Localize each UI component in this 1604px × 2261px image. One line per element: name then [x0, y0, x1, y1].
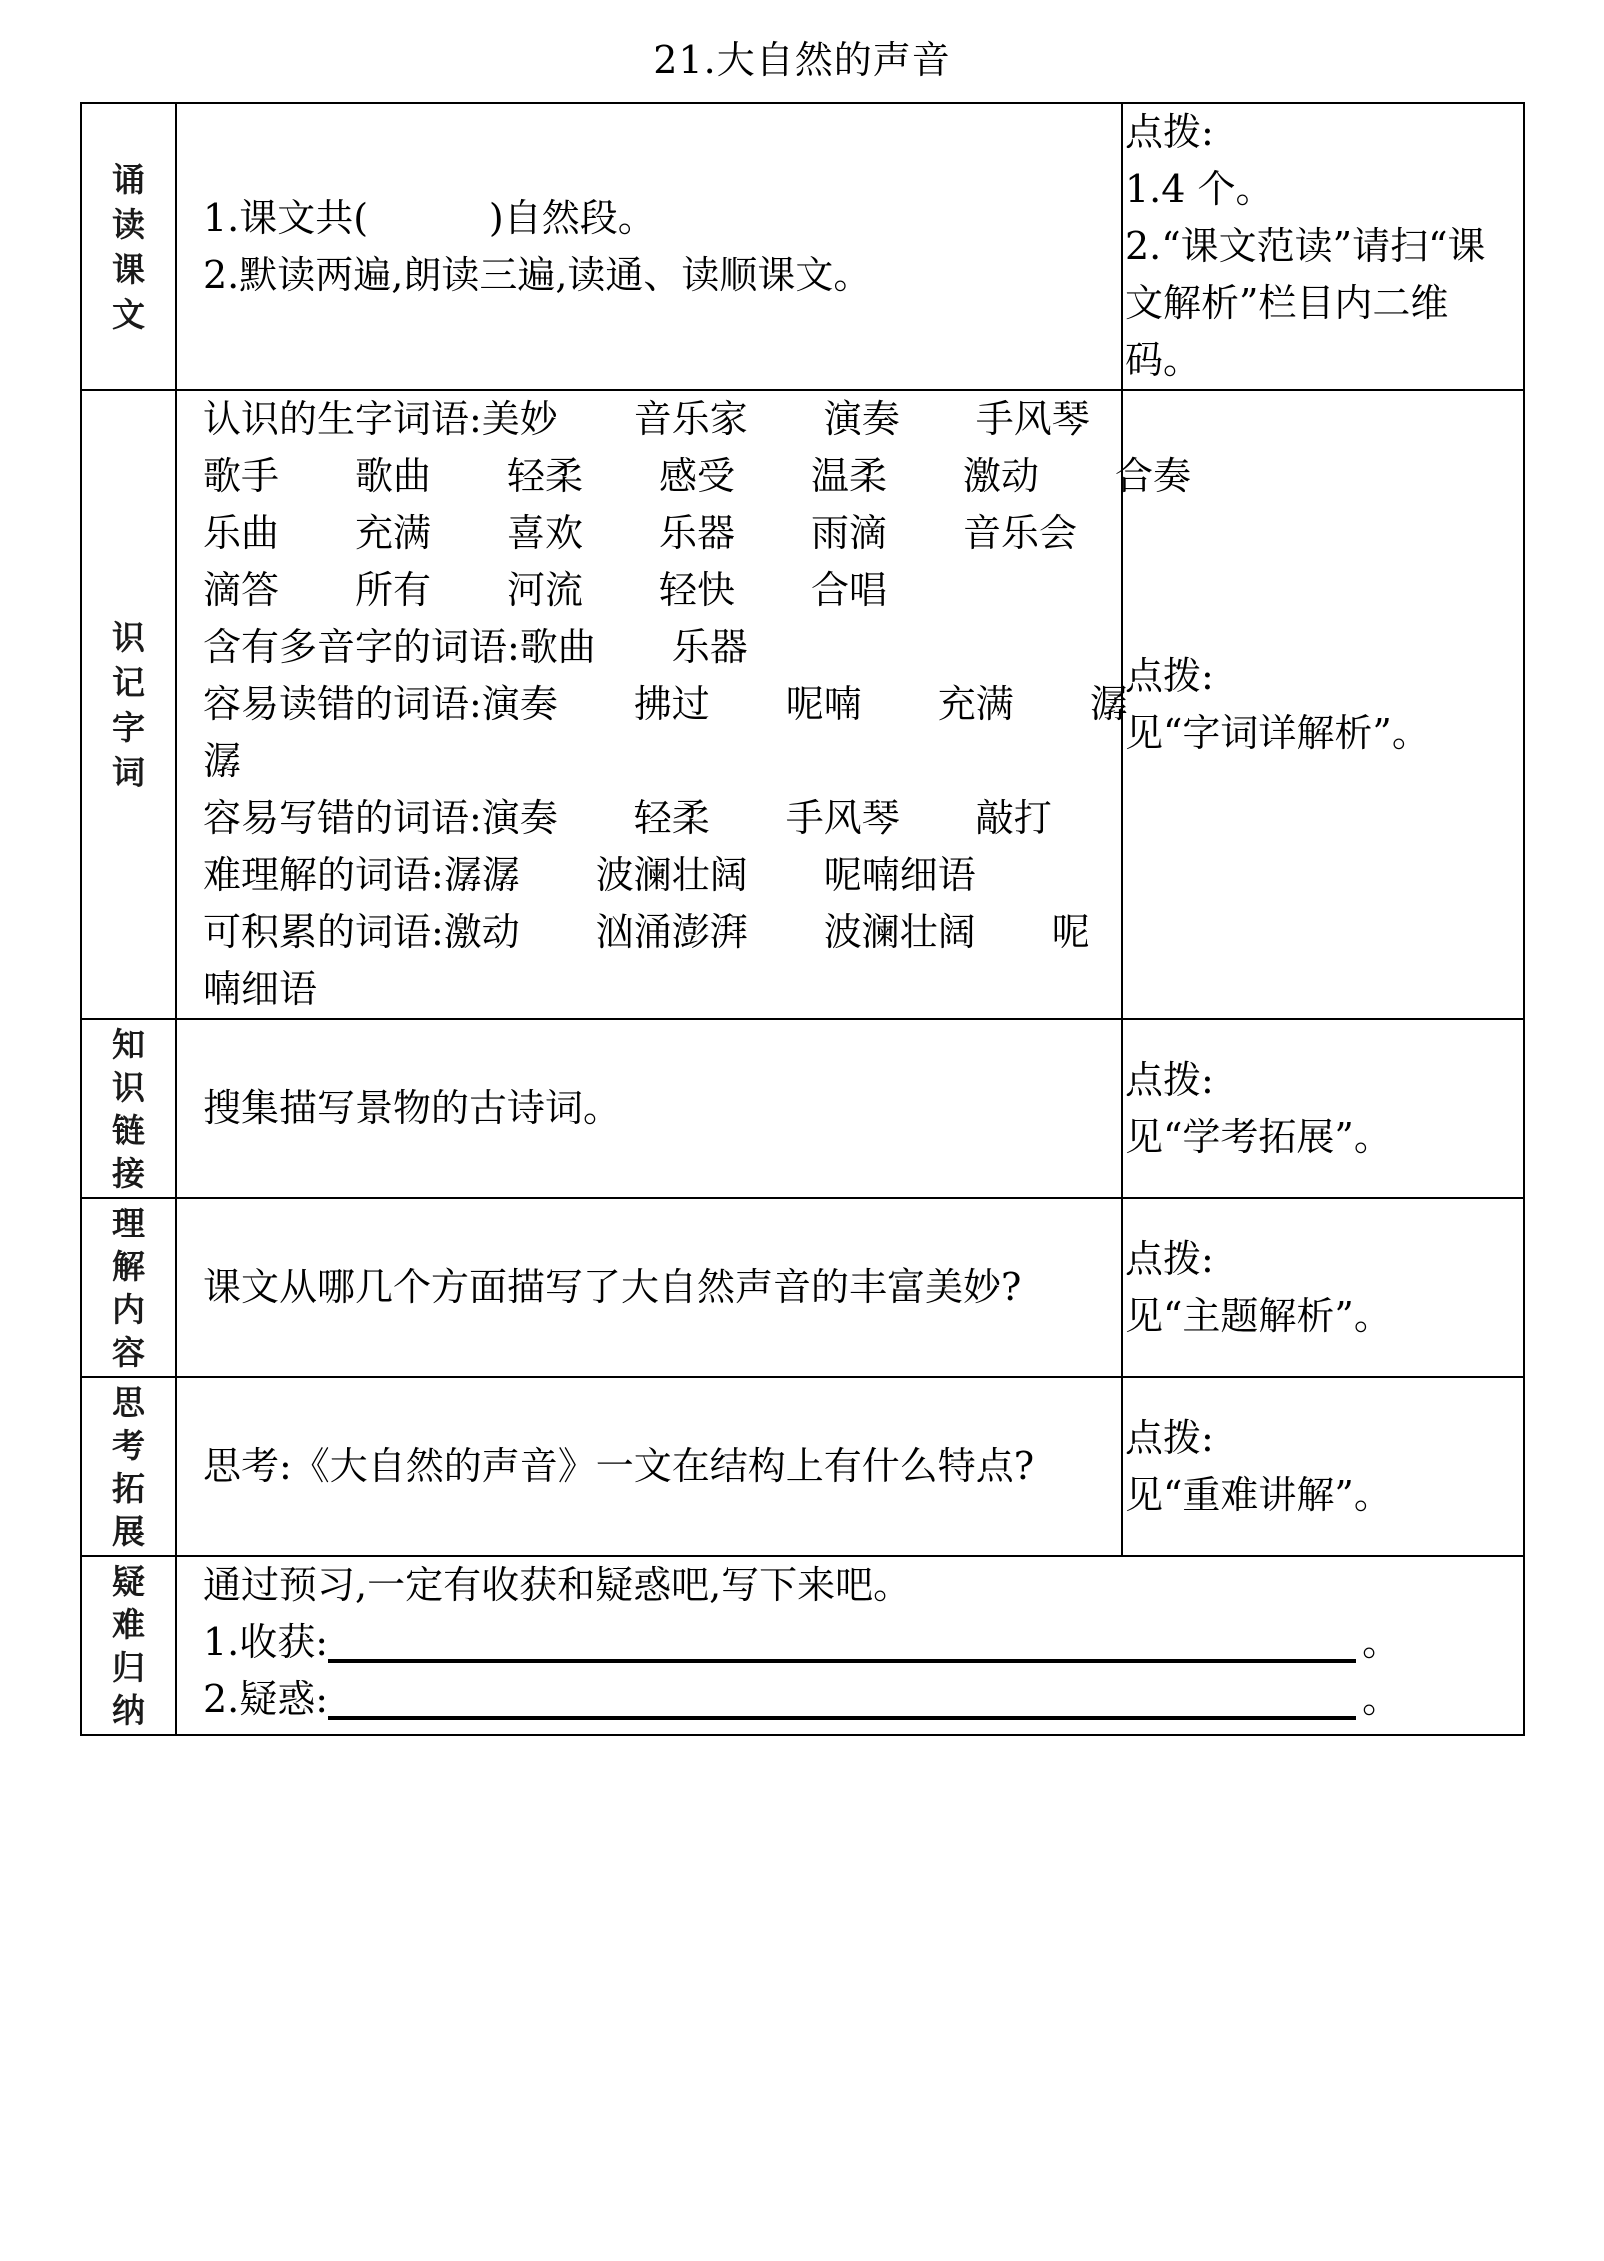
hint-reference: 见“学考拓展”。 [1125, 1109, 1523, 1166]
row-memorize-words: 识 记 字 词 认识的生字词语:美妙 音乐家 演奏 手风琴 歌手 歌曲 轻柔 感… [81, 390, 1524, 1019]
gains-field-row: 1.收获: 。 [203, 1614, 1515, 1671]
word-line: 含有多音字的词语:歌曲 乐器 [203, 619, 1113, 676]
word-line: 认识的生字词语:美妙 音乐家 演奏 手风琴 [203, 391, 1113, 448]
hint-reference: 见“主题解析”。 [1125, 1288, 1523, 1345]
word-line: 喃细语 [203, 961, 1113, 1018]
task-content: 思考:《大自然的声音》一文在结构上有什么特点? [176, 1377, 1122, 1556]
end-mark: 。 [1362, 1671, 1400, 1728]
task-paragraph-count[interactable]: 1.课文共( )自然段。 [203, 190, 1113, 247]
hint-heading: 点拨: [1125, 1231, 1523, 1288]
hint-cell: 点拨: 见“重难讲解”。 [1122, 1377, 1524, 1556]
hint-heading: 点拨: [1125, 1052, 1523, 1109]
summary-content: 通过预习,一定有收获和疑惑吧,写下来吧。 1.收获: 。 2.疑惑: 。 [176, 1556, 1524, 1735]
section-label: 理 解 内 容 [81, 1198, 176, 1377]
task-content: 1.课文共( )自然段。 2.默读两遍,朗读三遍,读通、读顺课文。 [176, 103, 1122, 390]
row-understand-content: 理 解 内 容 课文从哪几个方面描写了大自然声音的丰富美妙? 点拨: 见“主题解… [81, 1198, 1524, 1377]
row-recite-text: 诵 读 课 文 1.课文共( )自然段。 2.默读两遍,朗读三遍,读通、读顺课文… [81, 103, 1524, 390]
row-think-extend: 思 考 拓 展 思考:《大自然的声音》一文在结构上有什么特点? 点拨: 见“重难… [81, 1377, 1524, 1556]
word-line: 潺 [203, 733, 1113, 790]
hint-heading: 点拨: [1125, 104, 1523, 161]
section-label: 思 考 拓 展 [81, 1377, 176, 1556]
hint-reference: 见“字词详解析”。 [1125, 705, 1523, 762]
word-line: 容易写错的词语:演奏 轻柔 手风琴 敲打 [203, 790, 1113, 847]
word-line: 可积累的词语:激动 汹涌澎湃 波澜壮阔 呢 [203, 904, 1113, 961]
section-label: 疑 难 归 纳 [81, 1556, 176, 1735]
section-label: 识 记 字 词 [81, 390, 176, 1019]
word-line: 难理解的词语:潺潺 波澜壮阔 呢喃细语 [203, 847, 1113, 904]
gains-label: 1.收获: [203, 1614, 328, 1671]
end-mark: 。 [1362, 1614, 1400, 1671]
summary-intro: 通过预习,一定有收获和疑惑吧,写下来吧。 [203, 1557, 1515, 1614]
section-label: 诵 读 课 文 [81, 103, 176, 390]
hint-answer: 1.4 个。 [1125, 161, 1523, 218]
hint-heading: 点拨: [1125, 1410, 1523, 1467]
row-questions-summary: 疑 难 归 纳 通过预习,一定有收获和疑惑吧,写下来吧。 1.收获: 。 2.疑… [81, 1556, 1524, 1735]
doubts-field-row: 2.疑惑: 。 [203, 1671, 1515, 1728]
task-reading: 2.默读两遍,朗读三遍,读通、读顺课文。 [203, 247, 1113, 304]
page-title: 21.大自然的声音 [0, 38, 1604, 82]
row-knowledge-link: 知 识 链 接 搜集描写景物的古诗词。 点拨: 见“学考拓展”。 [81, 1019, 1524, 1198]
word-list: 认识的生字词语:美妙 音乐家 演奏 手风琴 歌手 歌曲 轻柔 感受 温柔 激动 … [176, 390, 1122, 1019]
hint-qr-note: 2.“课文范读”请扫“课文解析”栏目内二维码。 [1125, 218, 1523, 389]
doubts-label: 2.疑惑: [203, 1671, 328, 1728]
hint-heading: 点拨: [1125, 648, 1523, 705]
task-content: 搜集描写景物的古诗词。 [176, 1019, 1122, 1198]
task-content: 课文从哪几个方面描写了大自然声音的丰富美妙? [176, 1198, 1122, 1377]
hint-reference: 见“重难讲解”。 [1125, 1467, 1523, 1524]
preview-worksheet-table: 诵 读 课 文 1.课文共( )自然段。 2.默读两遍,朗读三遍,读通、读顺课文… [80, 102, 1525, 1736]
word-line: 容易读错的词语:演奏 拂过 呢喃 充满 潺 [203, 676, 1113, 733]
hint-cell: 点拨: 1.4 个。 2.“课文范读”请扫“课文解析”栏目内二维码。 [1122, 103, 1524, 390]
hint-cell: 点拨: 见“学考拓展”。 [1122, 1019, 1524, 1198]
word-line: 歌手 歌曲 轻柔 感受 温柔 激动 合奏 [203, 448, 1113, 505]
section-label: 知 识 链 接 [81, 1019, 176, 1198]
gains-blank-input[interactable] [328, 1619, 1356, 1663]
word-line: 乐曲 充满 喜欢 乐器 雨滴 音乐会 [203, 505, 1113, 562]
word-line: 滴答 所有 河流 轻快 合唱 [203, 562, 1113, 619]
hint-cell: 点拨: 见“主题解析”。 [1122, 1198, 1524, 1377]
doubts-blank-input[interactable] [328, 1676, 1356, 1720]
